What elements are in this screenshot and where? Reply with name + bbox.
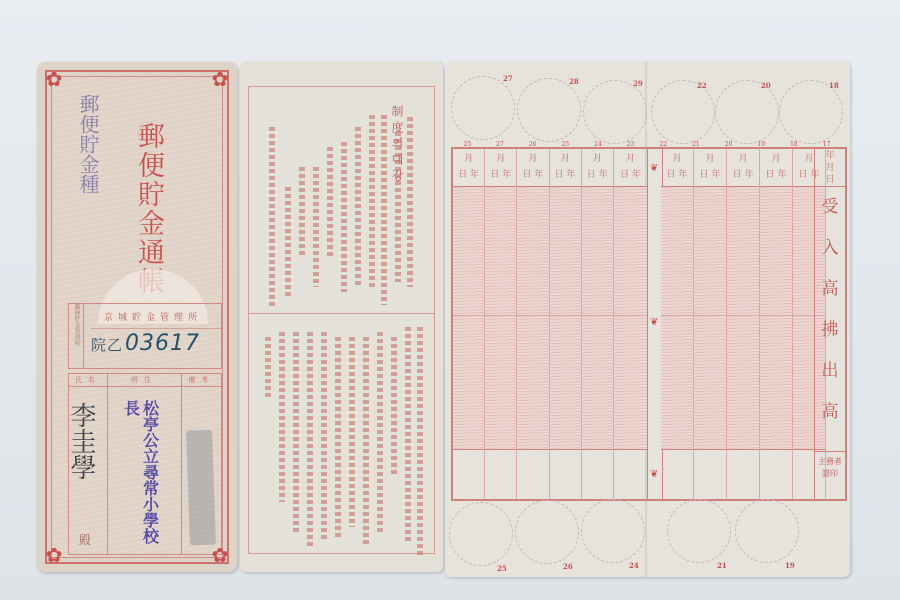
circle-number: 21	[717, 561, 727, 570]
circle-number: 22	[697, 81, 707, 90]
text-line	[417, 327, 423, 557]
stamp-circle	[517, 78, 581, 142]
ledger-right-half: 月日 年 月日 年 月日 年 月日 年 月日 年 年月日 受入高 拂出高 主務者…	[661, 149, 845, 499]
category-stamp: 郵便貯金種	[74, 94, 100, 194]
ledger-column: 月日 年	[760, 149, 793, 499]
stamp-circle	[583, 80, 647, 144]
text-line	[407, 117, 413, 287]
holder-name: 李圭學	[73, 402, 101, 480]
regulations-page: 制度의대강	[240, 62, 443, 572]
ledger-column: 月日 年	[614, 149, 647, 499]
text-line	[293, 332, 299, 532]
tape-patch	[186, 430, 216, 546]
stamp-circle	[449, 502, 513, 566]
flower-corner-icon: ✿	[209, 68, 231, 90]
text-line	[391, 337, 397, 477]
ledger-column: 月日 年	[582, 149, 614, 499]
school-stamp: 松亭公立尋常小學校長	[130, 400, 160, 554]
stamp-circle	[451, 76, 515, 140]
circle-number: 18	[829, 81, 839, 90]
ledger-column: 月日 年	[485, 149, 517, 499]
text-line	[341, 142, 347, 292]
account-number: 院乙03617	[91, 328, 221, 359]
office-name: 京城貯金管理所	[91, 310, 215, 323]
circle-number: 29	[633, 79, 643, 88]
text-line	[335, 337, 341, 537]
ledger-table: 月日 年 月日 年 月日 年 月日 年 月日 年 月日 年 ❦ ❦ ❦ 月日 年…	[451, 147, 847, 501]
text-frame: 制度의대강	[248, 86, 435, 554]
circle-number: 20	[761, 81, 771, 90]
ornament-icon: ❦	[650, 317, 658, 328]
section-divider	[249, 313, 434, 314]
name-column: 氏名 李圭學 殿	[69, 374, 108, 554]
text-line	[313, 167, 319, 287]
text-line	[307, 332, 313, 547]
text-line	[405, 327, 411, 542]
text-line	[299, 167, 305, 257]
stamp-circle	[735, 499, 799, 563]
ledger-column: 月日 年	[517, 149, 549, 499]
text-line	[363, 337, 369, 547]
ledger-column: 月日 年	[550, 149, 582, 499]
note-header: 備考	[182, 374, 221, 387]
text-line	[395, 132, 401, 282]
account-digits: 03617	[125, 331, 200, 356]
circle-number: 24	[629, 561, 639, 570]
text-line	[285, 187, 291, 297]
seal-label: 主務者證印	[815, 451, 845, 499]
ledger-spread: 27 28 29 22 20 18 25 27 26 25 24 23 22 2…	[445, 62, 850, 577]
row-label-column: 年月日 受入高 拂出高 主務者證印	[814, 149, 845, 499]
text-line	[269, 127, 275, 307]
stamp-circle	[515, 500, 579, 564]
name-header: 氏名	[69, 374, 107, 387]
text-line	[321, 332, 327, 542]
date-label: 年月日	[815, 149, 845, 187]
ledger-column: 月日 年	[661, 149, 694, 499]
circle-number: 25	[497, 564, 507, 573]
text-line	[279, 332, 285, 502]
account-prefix: 院乙	[91, 336, 123, 354]
text-line	[355, 127, 361, 287]
circle-number: 27	[503, 74, 513, 83]
withdrawal-label: 拂出高	[815, 310, 845, 433]
circle-number: 19	[785, 561, 795, 570]
text-line	[377, 332, 383, 532]
ledger-column: 月日 年	[453, 149, 485, 499]
flower-corner-icon: ✿	[43, 68, 65, 90]
text-line	[369, 115, 375, 290]
honorific: 殿	[79, 531, 91, 548]
stamp-circle	[667, 499, 731, 563]
ornament-icon: ❦	[650, 163, 658, 174]
flower-corner-icon: ✿	[43, 544, 65, 566]
stamp-circle	[581, 499, 645, 563]
ledger-left-half: 月日 年 月日 年 月日 年 月日 年 月日 年 月日 年	[453, 149, 647, 499]
circle-number: 28	[569, 77, 579, 86]
address-header: 所住	[108, 374, 181, 387]
office-box: 郵便貯金管理所 京城貯金管理所 院乙03617	[68, 303, 222, 369]
text-line	[349, 337, 355, 527]
circle-number: 26	[563, 562, 573, 571]
deposit-label: 受入高	[815, 187, 845, 310]
text-line	[265, 337, 271, 397]
text-line	[327, 147, 333, 257]
text-line	[381, 115, 387, 305]
flower-corner-icon: ✿	[209, 544, 231, 566]
ledger-column: 月日 年	[727, 149, 760, 499]
ledger-column: 月日 年	[694, 149, 727, 499]
ornament-icon: ❦	[650, 469, 658, 480]
address-column: 所住 松亭公立尋常小學校長	[108, 374, 182, 554]
office-side-label: 郵便貯金管理所	[69, 304, 84, 368]
